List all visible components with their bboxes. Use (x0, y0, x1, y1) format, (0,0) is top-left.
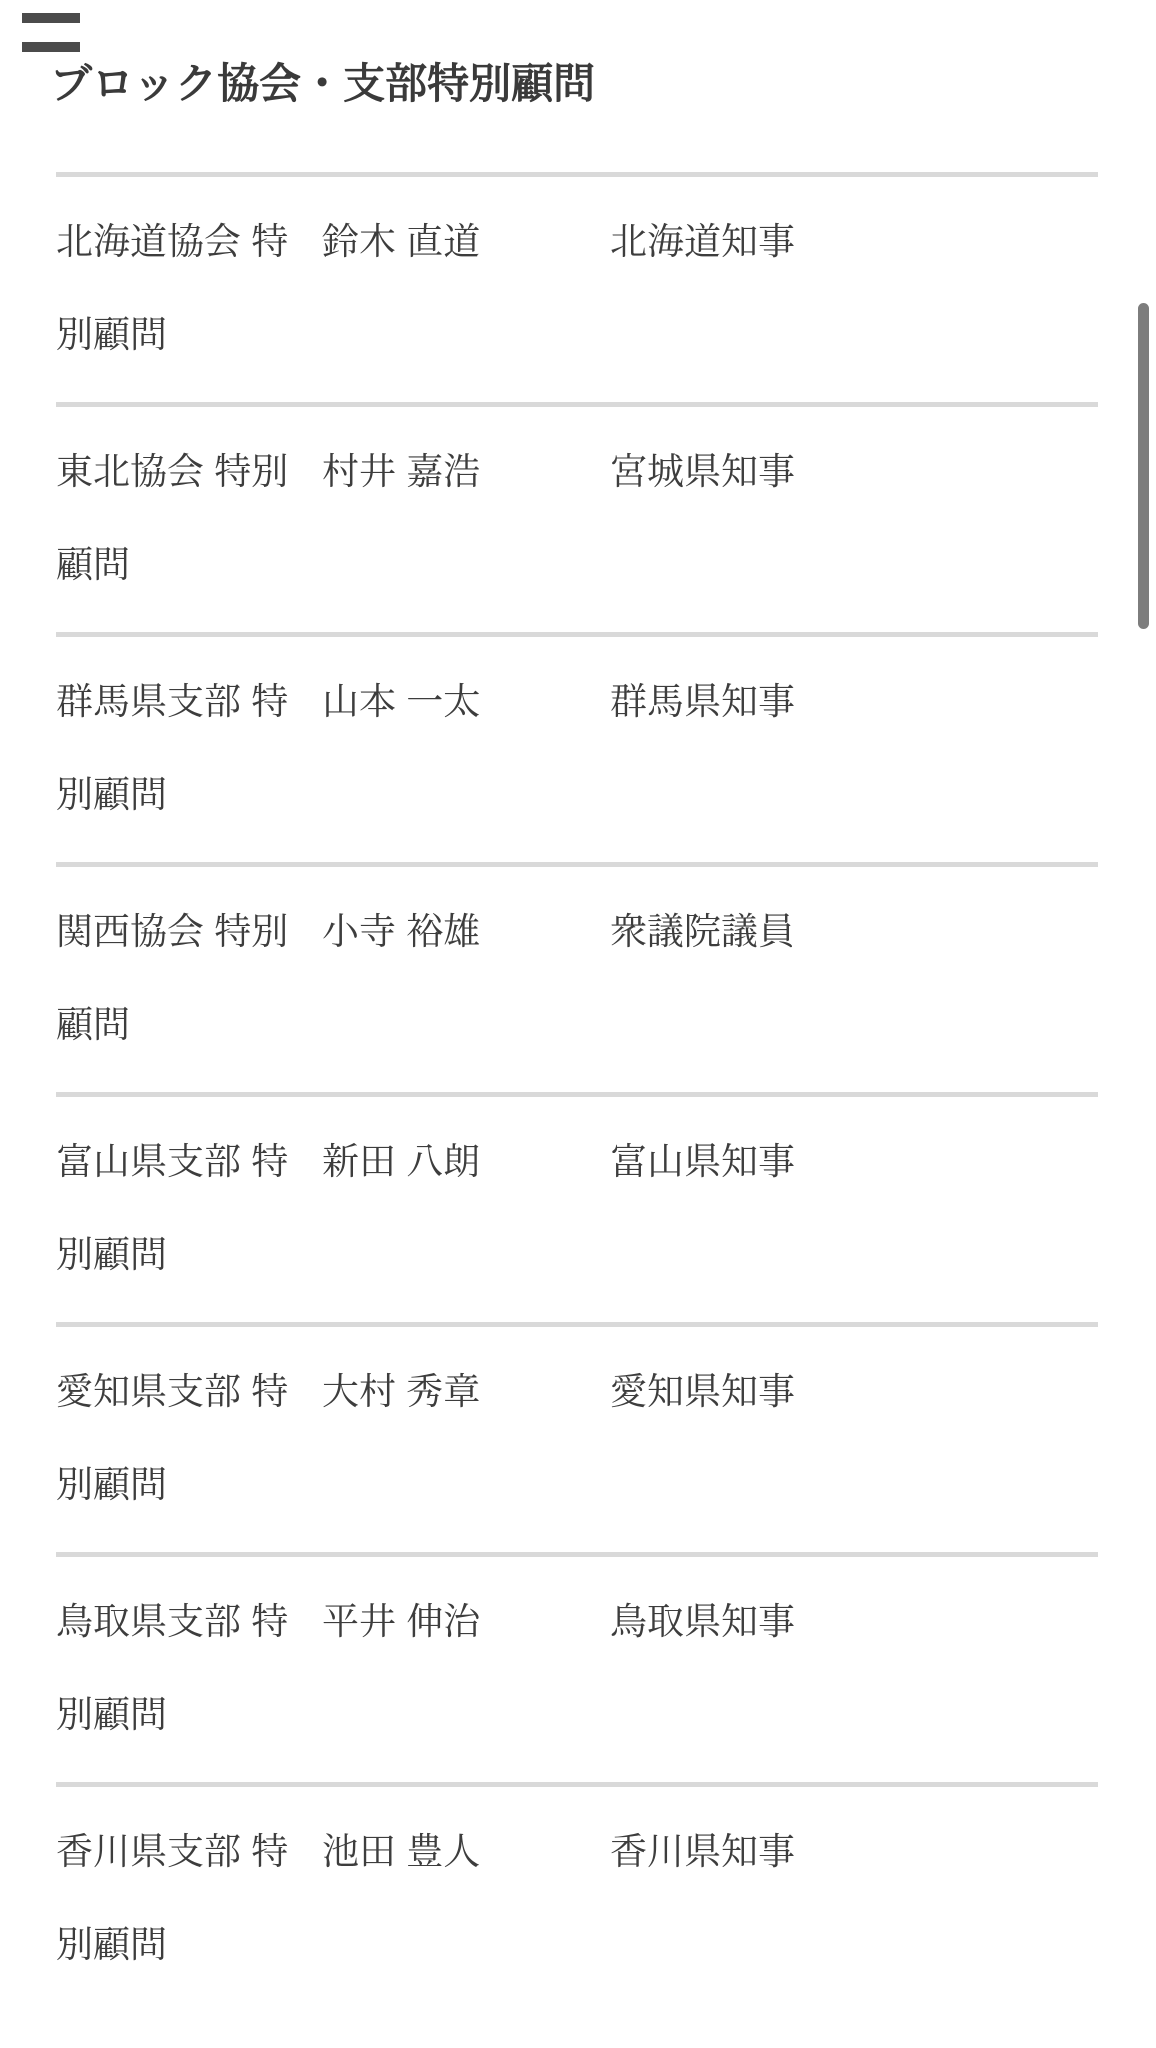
table-row: 北海道協会 特別顧問 鈴木 直道 北海道知事 (56, 175, 1098, 405)
scrollbar[interactable] (1138, 303, 1149, 629)
table-row: 愛知県支部 特別顧問 大村 秀章 愛知県知事 (56, 1325, 1098, 1555)
title-cell: 宮城県知事 (610, 405, 1098, 635)
hamburger-menu-button[interactable] (22, 13, 80, 52)
table-row: 関西協会 特別顧問 小寺 裕雄 衆議院議員 (56, 865, 1098, 1095)
position-cell: 香川県支部 特別顧問 (56, 1785, 322, 2013)
name-cell: 池田 豊人 (322, 1785, 610, 2013)
table-row: 東北協会 特別顧問 村井 嘉浩 宮城県知事 (56, 405, 1098, 635)
position-cell: 北海道協会 特別顧問 (56, 175, 322, 405)
name-cell: 大村 秀章 (322, 1325, 610, 1555)
title-cell: 鳥取県知事 (610, 1555, 1098, 1785)
title-cell: 北海道知事 (610, 175, 1098, 405)
name-cell: 村井 嘉浩 (322, 405, 610, 635)
position-cell: 群馬県支部 特別顧問 (56, 635, 322, 865)
title-cell: 衆議院議員 (610, 865, 1098, 1095)
name-cell: 鈴木 直道 (322, 175, 610, 405)
name-cell: 平井 伸治 (322, 1555, 610, 1785)
name-cell: 新田 八朗 (322, 1095, 610, 1325)
table-row: 香川県支部 特別顧問 池田 豊人 香川県知事 (56, 1785, 1098, 2013)
position-cell: 富山県支部 特別顧問 (56, 1095, 322, 1325)
position-cell: 関西協会 特別顧問 (56, 865, 322, 1095)
title-cell: 愛知県知事 (610, 1325, 1098, 1555)
name-cell: 小寺 裕雄 (322, 865, 610, 1095)
position-cell: 愛知県支部 特別顧問 (56, 1325, 322, 1555)
title-cell: 香川県知事 (610, 1785, 1098, 2013)
table-row: 鳥取県支部 特別顧問 平井 伸治 鳥取県知事 (56, 1555, 1098, 1785)
table-row: 群馬県支部 特別顧問 山本 一太 群馬県知事 (56, 635, 1098, 865)
title-cell: 群馬県知事 (610, 635, 1098, 865)
position-cell: 東北協会 特別顧問 (56, 405, 322, 635)
title-cell: 富山県知事 (610, 1095, 1098, 1325)
name-cell: 山本 一太 (322, 635, 610, 865)
position-cell: 鳥取県支部 特別顧問 (56, 1555, 322, 1785)
hamburger-menu-icon (22, 13, 80, 52)
table-row: 富山県支部 特別顧問 新田 八朗 富山県知事 (56, 1095, 1098, 1325)
advisors-table: 北海道協会 特別顧問 鈴木 直道 北海道知事 東北協会 特別顧問 村井 嘉浩 宮… (56, 172, 1098, 2012)
page-title: ブロック協会・支部特別顧問 (50, 58, 1156, 110)
